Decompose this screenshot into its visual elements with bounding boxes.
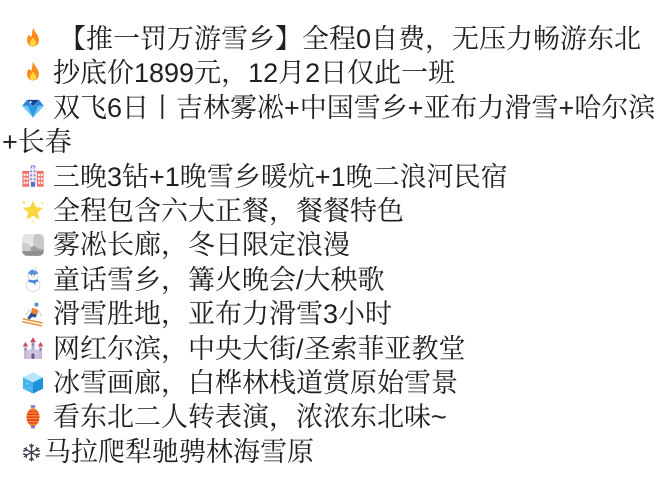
tour-feature-line: 网红尔滨，中央大街/圣索菲亚教堂 bbox=[2, 332, 663, 366]
tour-feature-line: 童话雪乡，篝火晚会/大秧歌 bbox=[2, 263, 663, 297]
castle-icon bbox=[20, 336, 46, 362]
glowing-star-icon bbox=[20, 198, 46, 224]
tour-feature-line: 双飞6日丨吉林雾凇+中国雪乡+亚布力滑雪+哈尔滨+长春 bbox=[2, 91, 663, 160]
tour-feature-text: 童话雪乡，篝火晚会/大秧歌 bbox=[53, 265, 385, 295]
snowflake-icon bbox=[21, 442, 42, 463]
skier-icon bbox=[20, 301, 46, 327]
fog-icon bbox=[20, 232, 46, 258]
tour-feature-line: 滑雪胜地，亚布力滑雪3小时 bbox=[2, 297, 663, 331]
tour-feature-text: 网红尔滨，中央大街/圣索菲亚教堂 bbox=[53, 334, 466, 364]
tour-feature-text: 滑雪胜地，亚布力滑雪3小时 bbox=[53, 299, 392, 329]
tour-feature-text: 看东北二人转表演，浓浓东北味~ bbox=[53, 402, 447, 432]
lantern-icon bbox=[20, 404, 46, 430]
fire-icon bbox=[20, 26, 46, 52]
tour-feature-text: 抄底价1899元，12月2日仅此一班 bbox=[53, 58, 455, 88]
tour-feature-text: 雾凇长廊，冬日限定浪漫 bbox=[53, 230, 350, 260]
snowman-icon bbox=[20, 267, 46, 293]
tour-feature-line: 【推一罚万游雪乡】全程0自费，无压力畅游东北 bbox=[2, 22, 663, 56]
tour-feature-line: 全程包含六大正餐，餐餐特色 bbox=[2, 194, 663, 228]
tour-feature-line: 三晚3钻+1晚雪乡暖炕+1晚二浪河民宿 bbox=[2, 160, 663, 194]
tour-feature-text: 马拉爬犁驰骋林海雪原 bbox=[44, 437, 314, 467]
hotel-icon bbox=[20, 164, 46, 190]
tour-feature-text: 全程包含六大正餐，餐餐特色 bbox=[53, 196, 404, 226]
tour-feature-line: 马拉爬犁驰骋林海雪原 bbox=[2, 435, 663, 469]
tour-feature-text: 【推一罚万游雪乡】全程0自费，无压力畅游东北 bbox=[59, 24, 641, 54]
tour-description-list: 【推一罚万游雪乡】全程0自费，无压力畅游东北抄底价1899元，12月2日仅此一班… bbox=[0, 0, 665, 469]
tour-feature-text: 冰雪画廊，白桦林栈道赏原始雪景 bbox=[53, 368, 458, 398]
gem-icon bbox=[20, 95, 46, 121]
tour-feature-text: 三晚3钻+1晚雪乡暖炕+1晚二浪河民宿 bbox=[53, 162, 508, 192]
tour-feature-line: 雾凇长廊，冬日限定浪漫 bbox=[2, 228, 663, 262]
tour-feature-text: 双飞6日丨吉林雾凇+中国雪乡+亚布力滑雪+哈尔滨+长春 bbox=[2, 93, 655, 157]
tour-feature-line: 抄底价1899元，12月2日仅此一班 bbox=[2, 56, 663, 90]
tour-feature-line: 冰雪画廊，白桦林栈道赏原始雪景 bbox=[2, 366, 663, 400]
fire-icon bbox=[20, 60, 46, 86]
ice-cube-icon bbox=[20, 370, 46, 396]
tour-feature-line: 看东北二人转表演，浓浓东北味~ bbox=[2, 400, 663, 434]
